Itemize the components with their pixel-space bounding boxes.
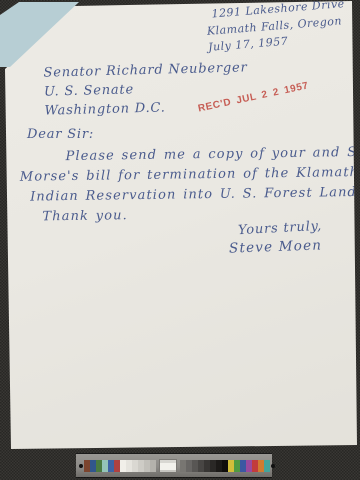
color-patch: [150, 460, 156, 472]
recipient-line: Washington D.C.: [44, 96, 248, 120]
letter-body: Please send me a copy of your and Senato…: [19, 142, 360, 227]
salutation: Dear Sir:: [27, 127, 94, 142]
color-patch: [264, 460, 270, 472]
letter-page: 1291 Lakeshore Drive Klamath Falls, Oreg…: [0, 0, 360, 460]
color-calibration-bar: [76, 453, 272, 477]
recipient-address-block: Senator Richard Neuberger U. S. Senate W…: [43, 58, 248, 120]
calibration-patches-right: [180, 460, 270, 472]
mounting-hole-left: [79, 464, 83, 468]
closing: Yours truly,: [238, 219, 323, 238]
mounting-hole-right: [271, 464, 275, 468]
calibration-bar-label: [159, 459, 177, 473]
sender-address-block: 1291 Lakeshore Drive Klamath Falls, Oreg…: [205, 0, 348, 56]
signature: Steve Moen: [229, 237, 323, 256]
calibration-patches-left: [84, 460, 156, 472]
scanned-letter-scene: 1291 Lakeshore Drive Klamath Falls, Oreg…: [0, 0, 360, 480]
